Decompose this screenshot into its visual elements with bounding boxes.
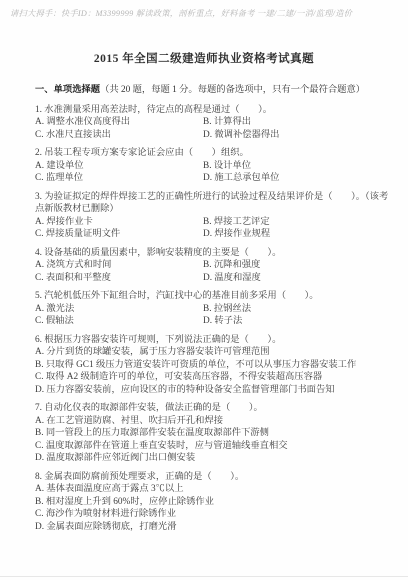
question-4-options: A. 浇筑方式和时间 B. 沉降和强度 C. 表面积和平整度 D. 温度和湿度 [35,259,391,284]
question-7-option-b: B. 同一管段上的压力取源部件安装在温度取源部件下游侧 [35,427,391,440]
question-7-option-a: A. 在工艺管道防腐、衬里、吹扫后开孔和焊接 [35,415,391,428]
question-5-option-a: A. 激光法 [35,303,203,316]
question-1-option-d: D. 微调补偿器得出 [203,129,391,142]
question-5-options: A. 激光法 B. 拉钢丝法 C. 假轴法 D. 转子法 [35,303,391,328]
question-8: 8. 金属表面防腐前预处理要求，正确的是（ ）。 A. 基体表面温度应高于露点 … [35,471,391,534]
question-6-stem: 6. 根据压力容器安装许可规则，下列说法正确的是（ ）。 [35,334,391,347]
question-4-option-a: A. 浇筑方式和时间 [35,259,203,272]
question-2-options: A. 建设单位 B. 设计单位 C. 监理单位 D. 施工总承包单位 [35,160,391,185]
question-7-option-c: C. 温度取源部件在管道上垂直安装时，应与管道轴线垂直相交 [35,440,391,453]
question-4-option-b: B. 沉降和强度 [203,259,391,272]
question-2-option-a: A. 建设单位 [35,160,203,173]
scan-page-edge [0,576,408,577]
question-3-option-d: D. 焊接作业规程 [203,228,391,241]
question-8-options: A. 基体表面温度应高于露点 3℃以上 B. 相对湿度上升到 60%时，应停止除… [35,483,391,533]
question-6-option-d: D. 压力容器安装前，应向设区的市的特种设备安全监督管理部门书面告知 [35,384,391,397]
question-2-option-d: D. 施工总承包单位 [203,172,391,185]
question-8-option-a: A. 基体表面温度应高于露点 3℃以上 [35,483,391,496]
question-1-option-c: C. 水准尺直接读出 [35,129,203,142]
question-3-option-a: A. 焊接作业卡 [35,216,203,229]
question-5-option-b: B. 拉钢丝法 [203,303,391,316]
question-2-option-c: C. 监理单位 [35,172,203,185]
question-8-option-d: D. 金属表面应除锈彻底，打磨光滑 [35,521,391,534]
question-6-option-b: B. 只取得 GC1 级压力管道安装许可资质的单位，不可以从事压力容器安装工作 [35,359,391,372]
question-3-option-c: C. 焊接质量证明文件 [35,228,203,241]
question-3-stem: 3. 为验证拟定的焊件焊接工艺的正确性所进行的试验过程及结果评价是（ ）。（该考… [35,191,391,216]
question-8-option-b: B. 相对湿度上升到 60%时，应停止除锈作业 [35,496,391,509]
question-4-option-d: D. 温度和湿度 [203,272,391,285]
watermark-text: 请扫大拇手：快手ID：M3399999 解读政策，剖析重点，好料备考 一建/二建… [10,8,400,20]
question-7: 7. 自动化仪表的取源部件安装，做法正确的是（ ）。 A. 在工艺管道防腐、衬里… [35,402,391,465]
question-8-stem: 8. 金属表面防腐前预处理要求，正确的是（ ）。 [35,471,391,484]
question-1-option-b: B. 计算得出 [203,116,391,129]
question-6-option-a: A. 分片到货的球罐安装，属于压力容器安装许可管理范围 [35,346,391,359]
question-3-option-b: B. 焊接工艺评定 [203,216,391,229]
question-3-options: A. 焊接作业卡 B. 焊接工艺评定 C. 焊接质量证明文件 D. 焊接作业规程 [35,216,391,241]
question-7-stem: 7. 自动化仪表的取源部件安装，做法正确的是（ ）。 [35,402,391,415]
question-6-option-c: C. 取得 A2 级制造许可的单位，可安装高压容器，不得安装超高压容器 [35,371,391,384]
section-heading-name: 一、单项选择题 [35,85,100,95]
question-6: 6. 根据压力容器安装许可规则，下列说法正确的是（ ）。 A. 分片到货的球罐安… [35,334,391,397]
question-4-stem: 4. 设备基础的质量因素中，影响安装精度的主要是（ ）。 [35,247,391,260]
question-7-option-d: D. 温度取源部件应邻近阀门出口侧安装 [35,452,391,465]
question-1-options: A. 调整水准仪高度得出 B. 计算得出 C. 水准尺直接读出 D. 微调补偿器… [35,116,391,141]
question-5-stem: 5. 汽轮机低压外下缸组合时，汽缸找中心的基准目前多采用（ ）。 [35,290,391,303]
question-2: 2. 吊装工程专项方案专家论证会应由（ ）组织。 A. 建设单位 B. 设计单位… [35,147,391,185]
question-1-option-a: A. 调整水准仪高度得出 [35,116,203,129]
section-heading-desc: （共 20 题，每题 1 分。每题的备选项中，只有一个最符合题意） [100,85,365,95]
exam-body: 一、单项选择题（共 20 题，每题 1 分。每题的备选项中，只有一个最符合题意）… [35,84,391,539]
question-2-stem: 2. 吊装工程专项方案专家论证会应由（ ）组织。 [35,147,391,160]
question-5-option-c: C. 假轴法 [35,315,203,328]
question-2-option-b: B. 设计单位 [203,160,391,173]
question-4-option-c: C. 表面积和平整度 [35,272,203,285]
doc-title: 2015 年全国二级建造师执业资格考试真题 [0,50,408,66]
question-7-options: A. 在工艺管道防腐、衬里、吹扫后开孔和焊接 B. 同一管段上的压力取源部件安装… [35,415,391,465]
question-5-option-d: D. 转子法 [203,315,391,328]
question-4: 4. 设备基础的质量因素中，影响安装精度的主要是（ ）。 A. 浇筑方式和时间 … [35,247,391,285]
section-heading: 一、单项选择题（共 20 题，每题 1 分。每题的备选项中，只有一个最符合题意） [35,84,391,97]
question-1: 1. 水准测量采用高差法时，待定点的高程是通过（ ）。 A. 调整水准仪高度得出… [35,104,391,142]
question-3: 3. 为验证拟定的焊件焊接工艺的正确性所进行的试验过程及结果评价是（ ）。（该考… [35,191,391,241]
question-5: 5. 汽轮机低压外下缸组合时，汽缸找中心的基准目前多采用（ ）。 A. 激光法 … [35,290,391,328]
question-1-stem: 1. 水准测量采用高差法时，待定点的高程是通过（ ）。 [35,104,391,117]
question-8-option-c: C. 海沙作为喷射材料进行除锈作业 [35,508,391,521]
document-page: 请扫大拇手：快手ID：M3399999 解读政策，剖析重点，好料备考 一建/二建… [0,0,408,580]
question-6-options: A. 分片到货的球罐安装，属于压力容器安装许可管理范围 B. 只取得 GC1 级… [35,346,391,396]
